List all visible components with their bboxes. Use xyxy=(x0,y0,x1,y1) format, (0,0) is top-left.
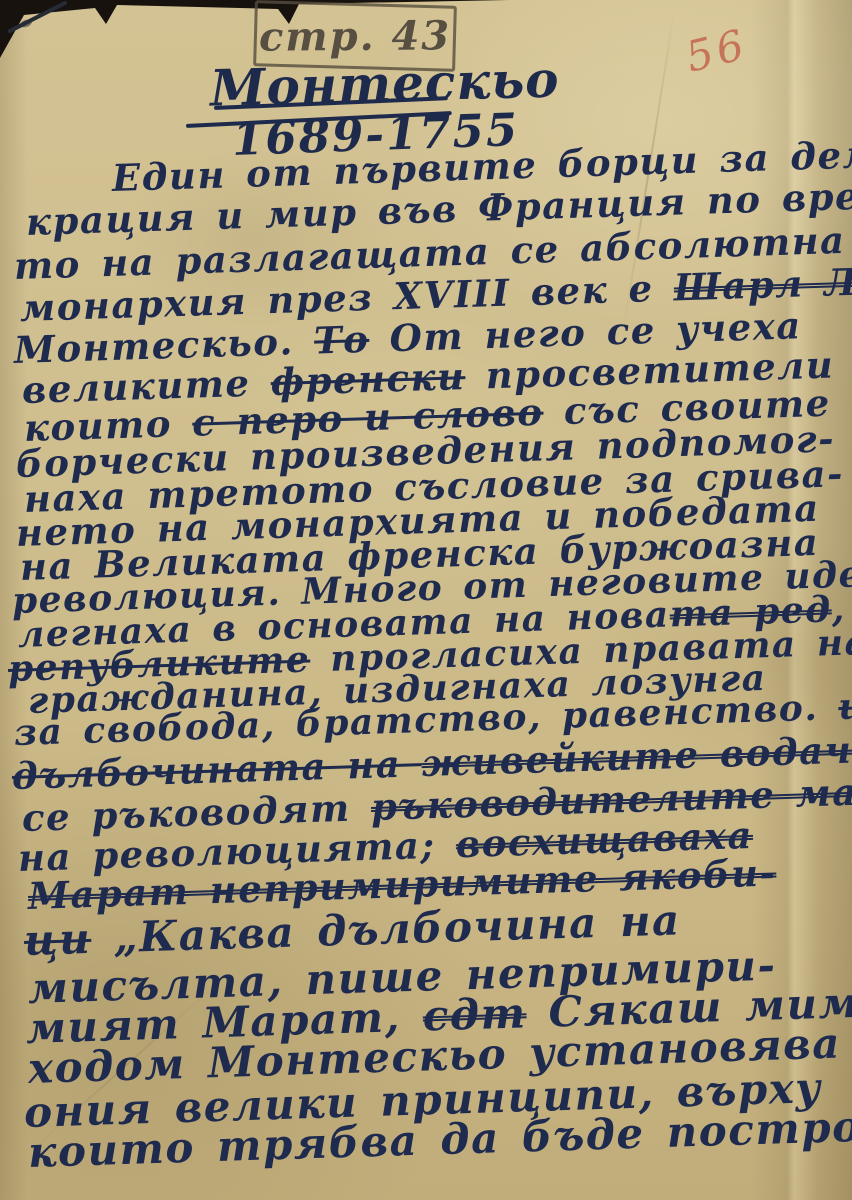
manuscript-page: стр. 43 56 Монтескьо 1689-1755 Един от п… xyxy=(0,0,852,1200)
struck-out-text: Шарл Луи xyxy=(673,258,852,309)
struck-out-text: идеи xyxy=(838,683,852,728)
struck-out-text: То xyxy=(313,317,370,363)
struck-out-text: водачите xyxy=(699,725,852,777)
struck-out-text: ци xyxy=(23,914,92,965)
